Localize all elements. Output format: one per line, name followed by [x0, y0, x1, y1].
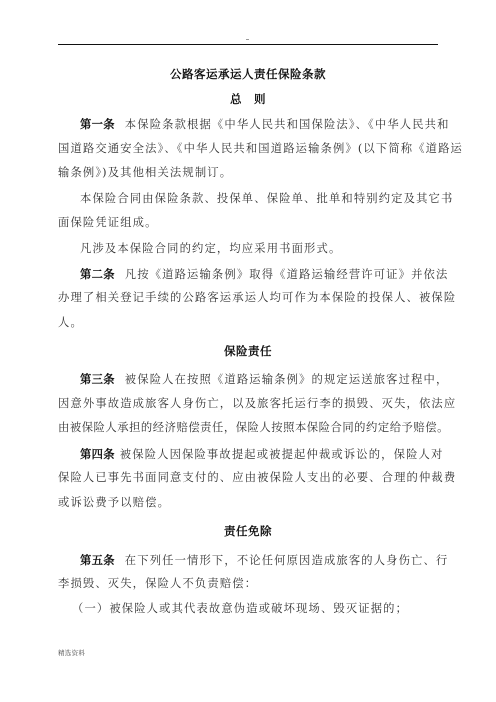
paragraph-contract-line-1: 本保险合同由保险条款、投保单、保险单、批单和特别约定及其它书	[80, 192, 438, 206]
paragraph-contract-line-2: 面保险凭证组成。	[58, 216, 438, 230]
article-3-line-3: 由被保险人承担的经济赔偿责任，保险人按照本保险合同的约定给予赔偿。	[58, 421, 438, 435]
header-mark	[246, 39, 249, 40]
article-5-line-1: 第五条在下列任一情形下，不论任何原因造成旅客的人身伤亡、行	[80, 553, 438, 568]
article-label: 第一条	[80, 117, 115, 131]
article-5-item-1: （一）被保险人或其代表故意伪造或破坏现场、毁灭证据的；	[72, 602, 430, 616]
article-label: 第三条	[80, 372, 115, 386]
article-label: 第二条	[80, 267, 115, 281]
article-2-line-2: 办理了相关登记手续的公路客运承运人均可作为本保险的投保人、被保险	[58, 291, 438, 305]
article-5-line-2: 李损毁、灭失，保险人不负责赔偿：	[58, 577, 438, 591]
article-label: 第四条	[80, 447, 115, 461]
article-4-line-1: 第四条被保险人因保险事故提起或被提起仲裁或诉讼的，保险人对	[80, 447, 438, 462]
article-3-line-2: 因意外事故造成旅客人身伤亡，以及旅客托运行李的损毁、灭失，依法应	[58, 397, 438, 411]
article-label: 第五条	[80, 553, 115, 567]
section-heading-exclusions: 责任免除	[58, 524, 438, 538]
article-4-line-2: 保险人已事先书面同意支付的、应由被保险人支出的必要、合理的仲裁费	[58, 471, 438, 485]
section-heading-liability: 保险责任	[58, 344, 438, 358]
section-heading-general: 总 则	[58, 92, 438, 106]
article-1-line-1: 第一条本保险条款根据《中华人民共和国保险法》、《中华人民共和	[80, 117, 438, 132]
document-title: 公路客运承运人责任保险条款	[58, 67, 438, 81]
article-2-line-3: 人。	[58, 316, 438, 330]
header-rule	[58, 44, 438, 45]
paragraph-written-form: 凡涉及本保险合同的约定，均应采用书面形式。	[80, 242, 438, 256]
article-3-line-1: 第三条被保险人在按照《道路运输条例》的规定运送旅客过程中，	[80, 372, 438, 387]
page-footer: 精选资料	[58, 648, 85, 657]
article-1-line-2: 国道路交通安全法》、《中华人民共和国道路运输条例》(以下简称《道路运	[58, 142, 438, 156]
article-1-line-3: 输条例》)及其他相关法规制订。	[58, 166, 438, 180]
article-4-line-3: 或诉讼费予以赔偿。	[58, 496, 438, 510]
article-2-line-1: 第二条凡按《道路运输条例》取得《道路运输经营许可证》并依法	[80, 267, 438, 282]
